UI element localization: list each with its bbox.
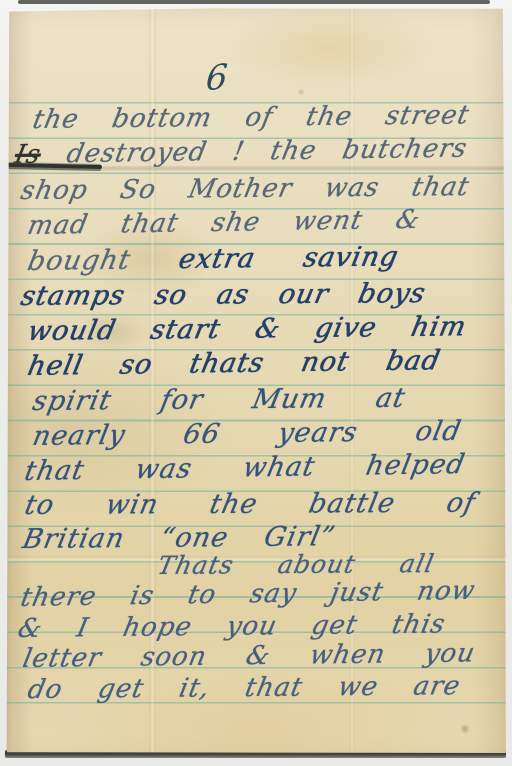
- handwritten-line: mad that she went &: [25, 206, 423, 242]
- handwritten-text: Thats about all: [155, 549, 437, 580]
- letter-paper: 6 the bottom of the streetIs destroyed !…: [0, 0, 512, 766]
- letter-scan: 6 the bottom of the streetIs destroyed !…: [0, 0, 512, 766]
- handwritten-text: do get it, that we are: [25, 671, 463, 705]
- handwritten-text: would start & give him: [25, 311, 469, 347]
- handwritten-line: stamps so as our boys: [18, 278, 428, 312]
- handwritten-text: shop So Mother was that: [18, 172, 472, 206]
- handwritten-line: hell so thats not bad: [25, 345, 443, 382]
- scan-edge-artifact: [18, 0, 490, 4]
- crossed-out-word: Is: [12, 140, 44, 170]
- handwritten-line: there is to say just now: [18, 577, 478, 614]
- handwritten-text: destroyed ! the butchers: [64, 134, 470, 170]
- handwritten-text: spirit for Mum at: [30, 383, 408, 417]
- handwritten-line: nearly 66 years old: [30, 416, 464, 452]
- handwritten-line: that was what helped: [22, 449, 468, 487]
- handwritten-text: bought: [25, 245, 134, 277]
- handwritten-text: to win the battle of: [22, 488, 478, 521]
- handwritten-line: letter soon & when you: [20, 639, 478, 674]
- handwritten-text: there is to say just now: [18, 576, 478, 613]
- handwritten-line: bought extra saving: [25, 241, 401, 277]
- handwritten-line: Is destroyed ! the butchers: [12, 135, 470, 171]
- handwritten-line: shop So Mother was that: [18, 173, 472, 207]
- handwritten-line: do get it, that we are: [25, 672, 463, 706]
- handwritten-text: stamps so as our boys: [18, 278, 428, 312]
- handwritten-line: to win the battle of: [22, 488, 478, 521]
- handwritten-text: the bottom of the street: [30, 100, 472, 135]
- handwritten-line: would start & give him: [25, 311, 469, 347]
- handwritten-text: mad that she went &: [25, 205, 423, 241]
- handwritten-text: hell so thats not bad: [25, 345, 443, 382]
- handwritten-line: the bottom of the street: [30, 101, 472, 136]
- handwritten-line: spirit for Mum at: [30, 383, 408, 417]
- handwritten-text: that was what helped: [22, 449, 468, 487]
- handwriting-layer: the bottom of the streetIs destroyed ! t…: [0, 0, 512, 766]
- handwritten-text: extra saving: [176, 241, 401, 275]
- handwritten-text: nearly 66 years old: [30, 416, 464, 452]
- handwritten-text: letter soon & when you: [20, 638, 478, 674]
